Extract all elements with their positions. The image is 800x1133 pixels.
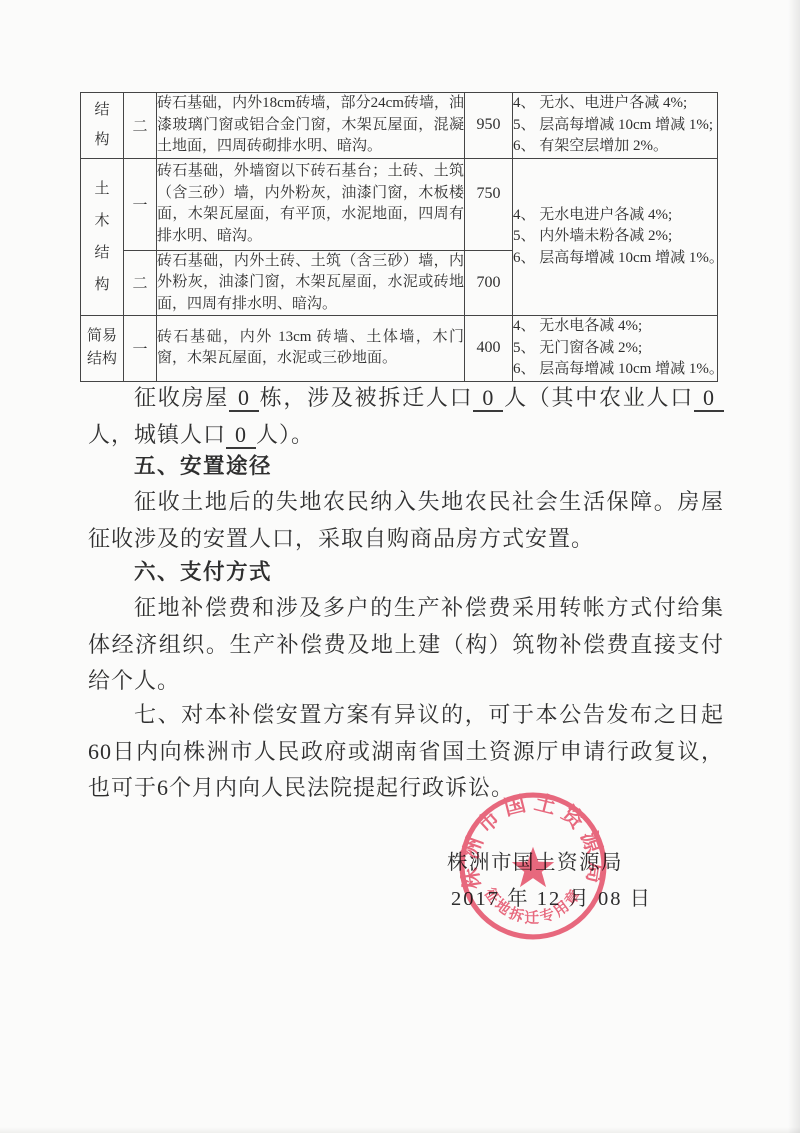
description-cell: 砖石基础，内外18cm砖墙，部分24cm砖墙，油漆玻璃门窗或铝合金门窗，木架瓦屋… xyxy=(157,93,465,159)
price-cell: 950 xyxy=(465,93,513,159)
notes-cell: 4、 无水电进户各减 4%; 5、 内外墙未粉各减 2%; 6、 层高每增减 1… xyxy=(513,158,718,316)
grade-cell: 二 xyxy=(124,250,157,316)
structure-type-cell: 土木结构 xyxy=(81,158,124,316)
intro-paragraph: 征收房屋0栋，涉及被拆迁人口0人（其中农业人口0人，城镇人口0人）。 xyxy=(88,380,724,453)
section-six-paragraph: 征地补偿费和涉及多户的生产补偿费采用转帐方式付给集体经济组织。生产补偿费及地上建… xyxy=(88,590,724,700)
seal-star-icon xyxy=(512,847,554,887)
section-five-paragraph: 征收土地后的失地农民纳入失地农民社会生活保障。房屋征收涉及的安置人口，采取自购商… xyxy=(88,484,724,557)
seal-bottom-text: 征地拆迁专用章 xyxy=(481,884,586,926)
structure-type-cell: 简易结构 xyxy=(81,316,124,382)
section-six-title: 六、支付方式 xyxy=(134,559,272,585)
grade-cell: 一 xyxy=(124,316,157,382)
blank-value: 0 xyxy=(473,385,503,412)
description-cell: 砖石基础，外墙窗以下砖石基台；土砖、土筑（含三砂）墙，内外粉灰，油漆门窗，木板楼… xyxy=(157,158,465,250)
table-row: 简易结构 一 砖石基础，内外 13cm 砖墙、土体墙，木门窗，木架瓦屋面，水泥或… xyxy=(81,316,718,382)
notes-cell: 4、 无水电各减 4%; 5、 无门窗各减 2%; 6、 层高每增减 10cm … xyxy=(513,316,718,382)
grade-cell: 二 xyxy=(124,93,157,159)
blank-value: 0 xyxy=(226,422,256,449)
blank-value: 0 xyxy=(229,385,259,412)
description-cell: 砖石基础，内外土砖、土筑（含三砂）墙，内外粉灰，油漆门窗，木架瓦屋面，水泥或砖地… xyxy=(157,250,465,316)
scan-edge-shadow xyxy=(788,0,800,1133)
official-seal: 株洲市国土资源局 征地拆迁专用章 xyxy=(457,790,609,942)
svg-text:征地拆迁专用章: 征地拆迁专用章 xyxy=(481,884,586,926)
document-page: 结构 二 砖石基础，内外18cm砖墙，部分24cm砖墙，油漆玻璃门窗或铝合金门窗… xyxy=(0,0,800,1133)
price-cell: 400 xyxy=(465,316,513,382)
section-five-title: 五、安置途径 xyxy=(134,453,272,479)
description-cell: 砖石基础，内外 13cm 砖墙、土体墙，木门窗，木架瓦屋面，水泥或三砂地面。 xyxy=(157,316,465,382)
price-cell: 750 xyxy=(465,158,513,250)
table-row: 结构 二 砖石基础，内外18cm砖墙，部分24cm砖墙，油漆玻璃门窗或铝合金门窗… xyxy=(81,93,718,159)
structure-type-cell: 结构 xyxy=(81,93,124,159)
notes-cell: 4、 无水、电进户各减 4%; 5、 层高每增减 10cm 增减 1%; 6、 … xyxy=(513,93,718,159)
table-row: 土木结构 一 砖石基础，外墙窗以下砖石基台；土砖、土筑（含三砂）墙，内外粉灰，油… xyxy=(81,158,718,250)
section-seven-paragraph: 七、对本补偿安置方案有异议的，可于本公告发布之日起60日内向株洲市人民政府或湖南… xyxy=(88,697,724,807)
grade-cell: 一 xyxy=(124,158,157,250)
scan-bottom-shadow xyxy=(0,1127,800,1133)
price-cell: 700 xyxy=(465,250,513,316)
compensation-table: 结构 二 砖石基础，内外18cm砖墙，部分24cm砖墙，油漆玻璃门窗或铝合金门窗… xyxy=(80,92,718,382)
blank-value: 0 xyxy=(694,385,724,412)
